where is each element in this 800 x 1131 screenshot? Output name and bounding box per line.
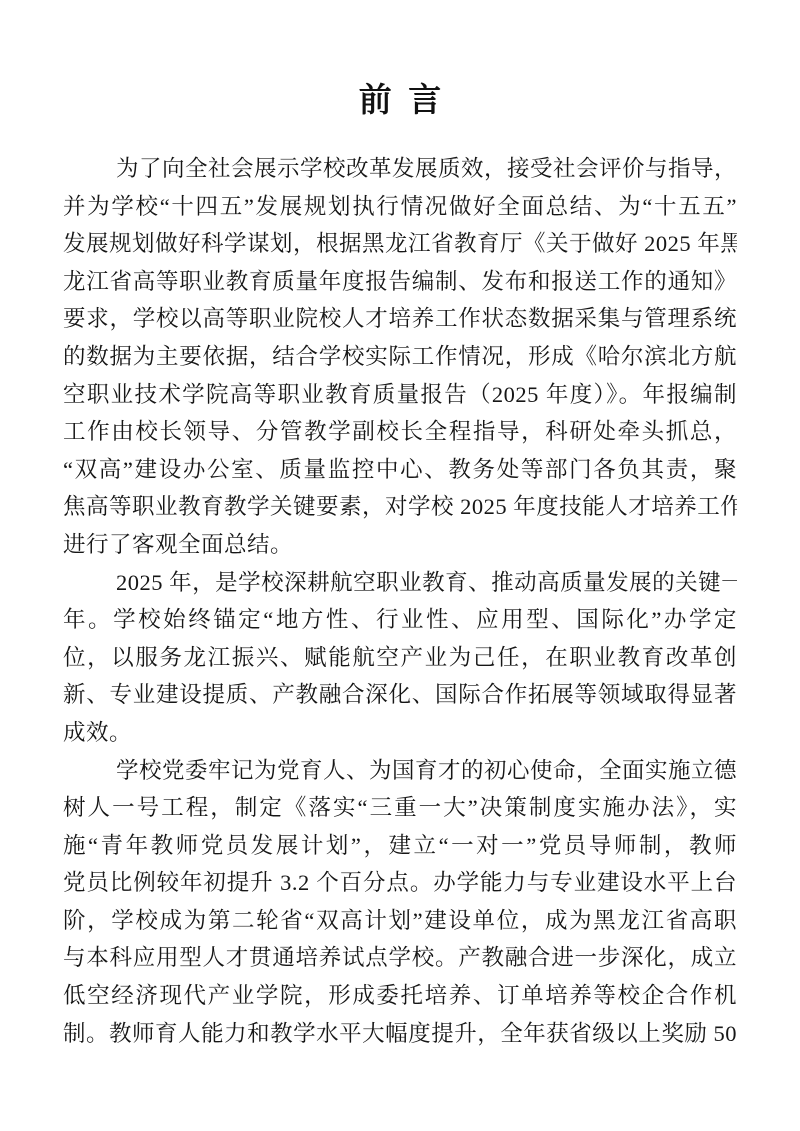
- text-line: 学校党委牢记为党育人、为国育才的初心使命，全面实施立德: [63, 752, 737, 790]
- text-line: “双高”建设办公室、质量监控中心、教务处等部门各负其责，聚: [63, 451, 737, 489]
- text-line: 发展规划做好科学谋划，根据黑龙江省教育厅《关于做好 2025 年黑: [63, 225, 737, 263]
- text-line: 为了向全社会展示学校改革发展质效，接受社会评价与指导，: [63, 150, 737, 188]
- text-line: 的数据为主要依据，结合学校实际工作情况，形成《哈尔滨北方航: [63, 338, 737, 376]
- text-line: 并为学校“十四五”发展规划执行情况做好全面总结、为“十五五”: [63, 188, 737, 226]
- page-title: 前 言: [0, 74, 800, 121]
- paragraph-1: 为了向全社会展示学校改革发展质效，接受社会评价与指导， 并为学校“十四五”发展规…: [63, 150, 737, 564]
- text-line: 党员比例较年初提升 3.2 个百分点。办学能力与专业建设水平上台: [63, 864, 737, 902]
- text-line: 位，以服务龙江振兴、赋能航空产业为己任，在职业教育改革创: [63, 639, 737, 677]
- text-line: 制。教师育人能力和教学水平大幅度提升，全年获省级以上奖励 50: [63, 1015, 737, 1053]
- text-line: 工作由校长领导、分管教学副校长全程指导，科研处牵头抓总，: [63, 413, 737, 451]
- text-line: 树人一号工程，制定《落实“三重一大”决策制度实施办法》，实: [63, 789, 737, 827]
- text-line: 新、专业建设提质、产教融合深化、国际合作拓展等领域取得显著: [63, 676, 737, 714]
- document-page: 前 言 为了向全社会展示学校改革发展质效，接受社会评价与指导， 并为学校“十四五…: [0, 0, 800, 1131]
- text-line: 低空经济现代产业学院，形成委托培养、订单培养等校企合作机: [63, 977, 737, 1015]
- text-line: 年。学校始终锚定“地方性、行业性、应用型、国际化”办学定: [63, 601, 737, 639]
- text-line: 施“青年教师党员发展计划”，建立“一对一”党员导师制，教师: [63, 827, 737, 865]
- text-line: 要求，学校以高等职业院校人才培养工作状态数据采集与管理系统: [63, 300, 737, 338]
- text-line: 空职业技术学院高等职业教育质量报告（2025 年度）》。年报编制: [63, 376, 737, 414]
- text-line: 焦高等职业教育教学关键要素，对学校 2025 年度技能人才培养工作: [63, 488, 737, 526]
- text-line: 进行了客观全面总结。: [63, 526, 737, 564]
- text-line: 龙江省高等职业教育质量年度报告编制、发布和报送工作的通知》: [63, 263, 737, 301]
- paragraph-2: 2025 年，是学校深耕航空职业教育、推动高质量发展的关键一 年。学校始终锚定“…: [63, 564, 737, 752]
- text-line: 成效。: [63, 714, 737, 752]
- text-line: 阶，学校成为第二轮省“双高计划”建设单位，成为黑龙江省高职: [63, 902, 737, 940]
- text-line: 2025 年，是学校深耕航空职业教育、推动高质量发展的关键一: [63, 564, 737, 602]
- paragraph-3: 学校党委牢记为党育人、为国育才的初心使命，全面实施立德 树人一号工程，制定《落实…: [63, 752, 737, 1053]
- document-body: 为了向全社会展示学校改革发展质效，接受社会评价与指导， 并为学校“十四五”发展规…: [63, 150, 737, 1052]
- text-line: 与本科应用型人才贯通培养试点学校。产教融合进一步深化，成立: [63, 939, 737, 977]
